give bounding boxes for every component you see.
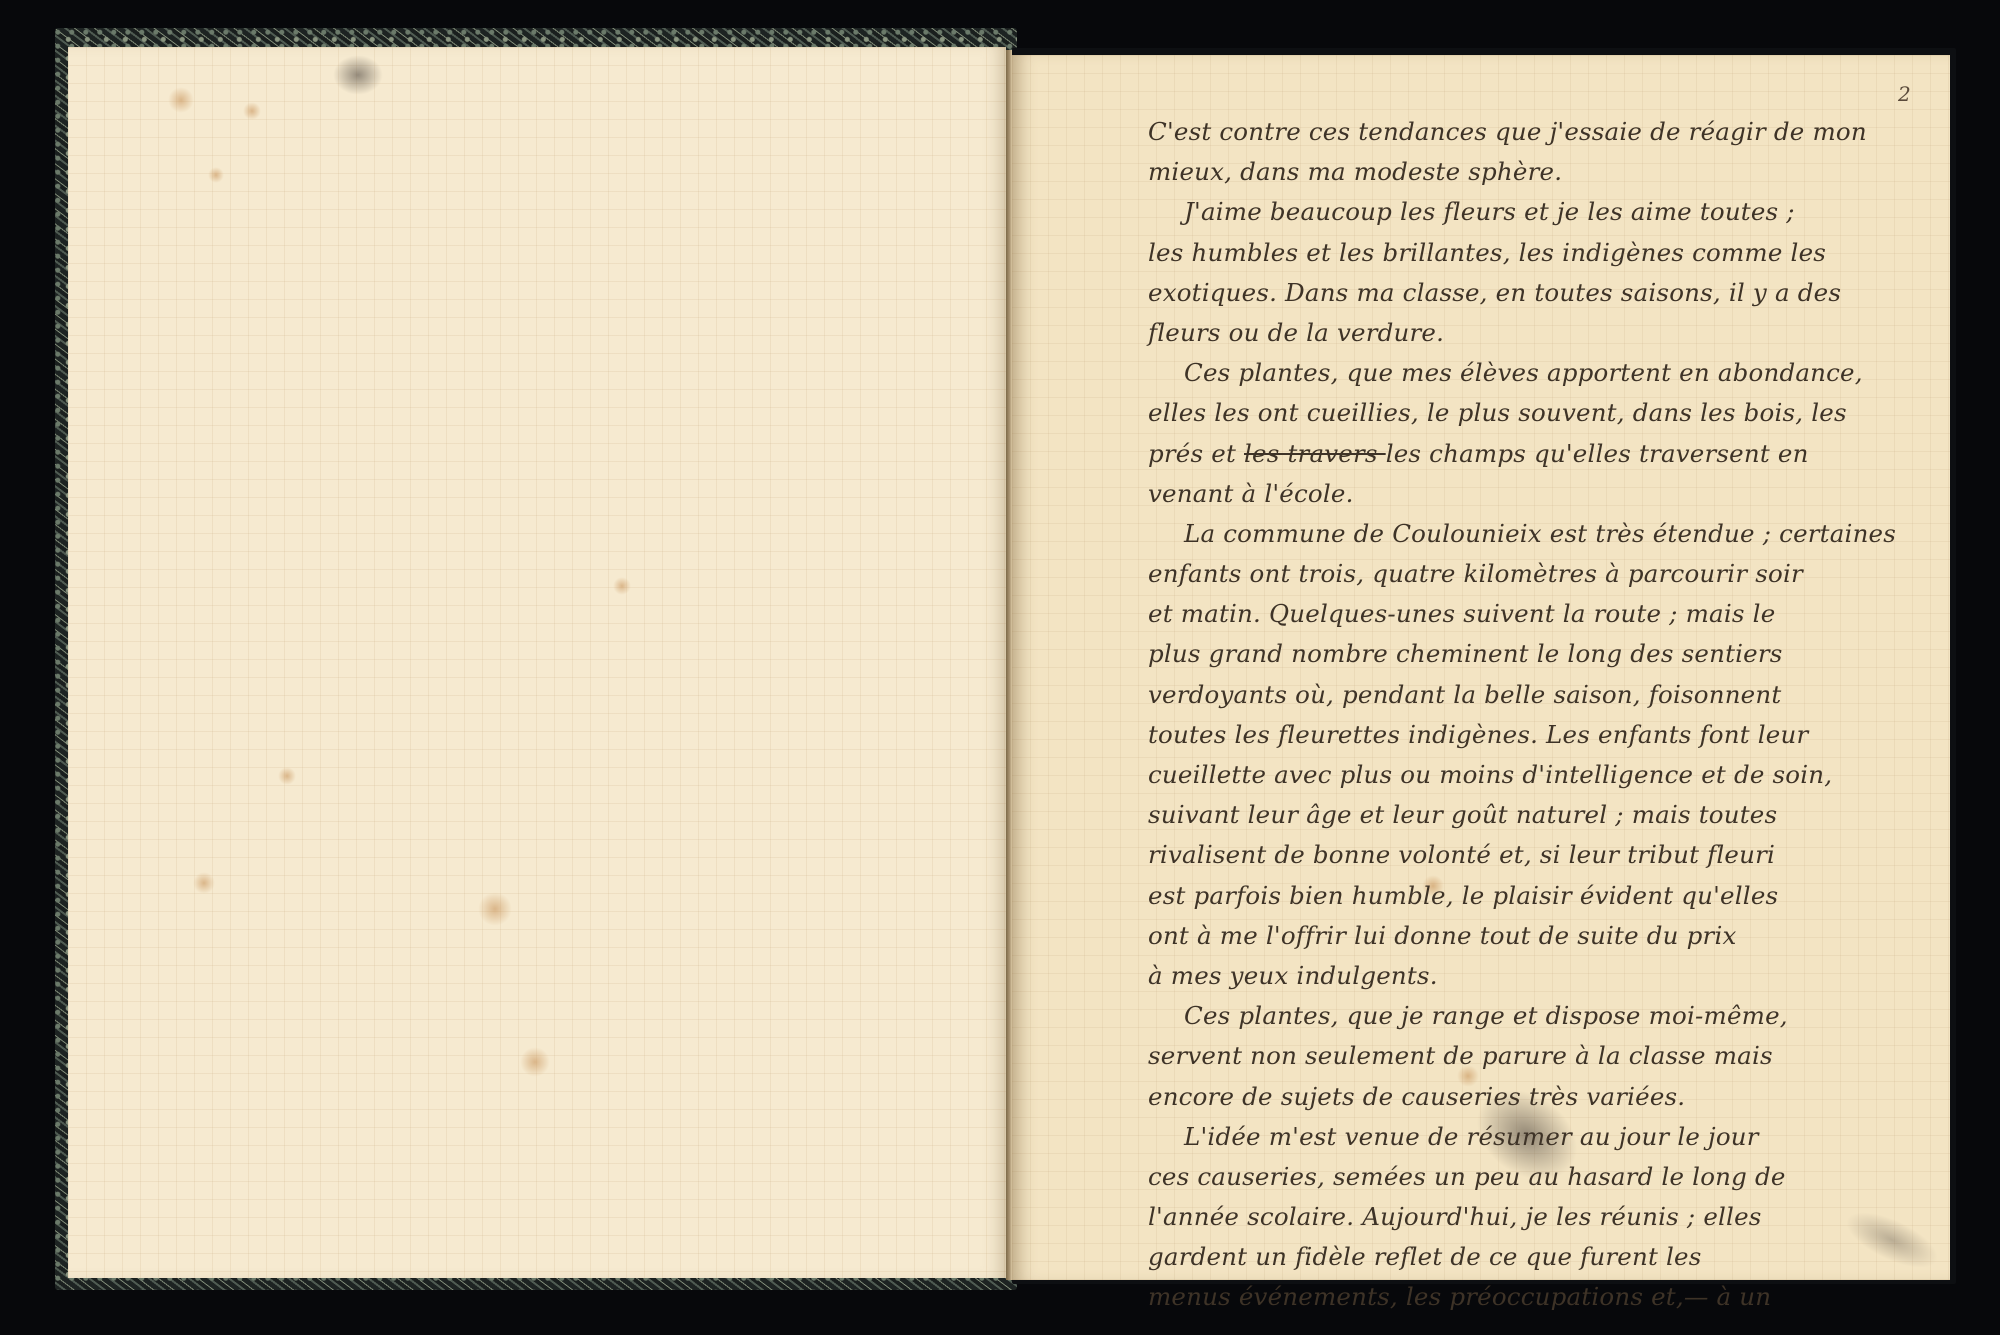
foxing-stain	[613, 577, 631, 595]
text-line: verdoyants où, pendant la belle saison, …	[1148, 675, 1938, 715]
text-line: elles les ont cueillies, le plus souvent…	[1148, 393, 1938, 433]
text-line: C'est contre ces tendances que j'essaie …	[1148, 112, 1938, 152]
text-line: Ces plantes, que mes élèves apportent en…	[1148, 353, 1938, 393]
text-line: et matin. Quelques-unes suivent la route…	[1148, 594, 1938, 634]
text-line: Ces plantes, que je range et dispose moi…	[1148, 996, 1938, 1036]
text-line: L'idée m'est venue de résumer au jour le…	[1148, 1117, 1938, 1157]
text-line: toutes les fleurettes indigènes. Les enf…	[1148, 715, 1938, 755]
text-line: rivalisent de bonne volonté et, si leur …	[1148, 835, 1938, 875]
text-line: l'année scolaire. Aujourd'hui, je les ré…	[1148, 1197, 1938, 1237]
foxing-stain	[208, 167, 224, 183]
text-line: encore de sujets de causeries très varié…	[1148, 1077, 1938, 1117]
text-line: ces causeries, semées un peu au hasard l…	[1148, 1157, 1938, 1197]
foxing-stain	[520, 1047, 550, 1077]
foxing-stain	[278, 767, 296, 785]
handwritten-text: C'est contre ces tendances que j'essaie …	[1148, 112, 1938, 1318]
foxing-stain	[243, 102, 261, 120]
text-line: mieux, dans ma modeste sphère.	[1148, 152, 1938, 192]
text-line: les humbles et les brillantes, les indig…	[1148, 233, 1938, 273]
struck-out-words: les travers	[1244, 439, 1386, 468]
foxing-stain	[193, 872, 215, 894]
text-line: exotiques. Dans ma classe, en toutes sai…	[1148, 273, 1938, 313]
text-line: ont à me l'offrir lui donne tout de suit…	[1148, 916, 1938, 956]
text-line: à mes yeux indulgents.	[1148, 956, 1938, 996]
text-line: enfants ont trois, quatre kilomètres à p…	[1148, 554, 1938, 594]
thumbprint-smudge	[333, 55, 383, 95]
text-line: fleurs ou de la verdure.	[1148, 313, 1938, 353]
text-line: plus grand nombre cheminent le long des …	[1148, 634, 1938, 674]
text-line: gardent un fidèle reflet de ce que furen…	[1148, 1237, 1938, 1277]
text-line: La commune de Coulounieix est très étend…	[1148, 514, 1938, 554]
text-line: menus événements, les préoccupations et,…	[1148, 1277, 1938, 1317]
text-line: est parfois bien humble, le plaisir évid…	[1148, 876, 1938, 916]
text-line: cueillette avec plus ou moins d'intellig…	[1148, 755, 1938, 795]
text-line: prés et les travers les champs qu'elles …	[1148, 434, 1938, 474]
text-line: venant à l'école.	[1148, 474, 1938, 514]
page-number: 2	[1898, 82, 1911, 106]
left-page-blank	[68, 47, 1006, 1278]
text-line: suivant leur âge et leur goût naturel ; …	[1148, 795, 1938, 835]
foxing-stain	[168, 87, 194, 113]
foxing-stain	[478, 892, 512, 926]
text-line: servent non seulement de parure à la cla…	[1148, 1036, 1938, 1076]
text-line: J'aime beaucoup les fleurs et je les aim…	[1148, 192, 1938, 232]
